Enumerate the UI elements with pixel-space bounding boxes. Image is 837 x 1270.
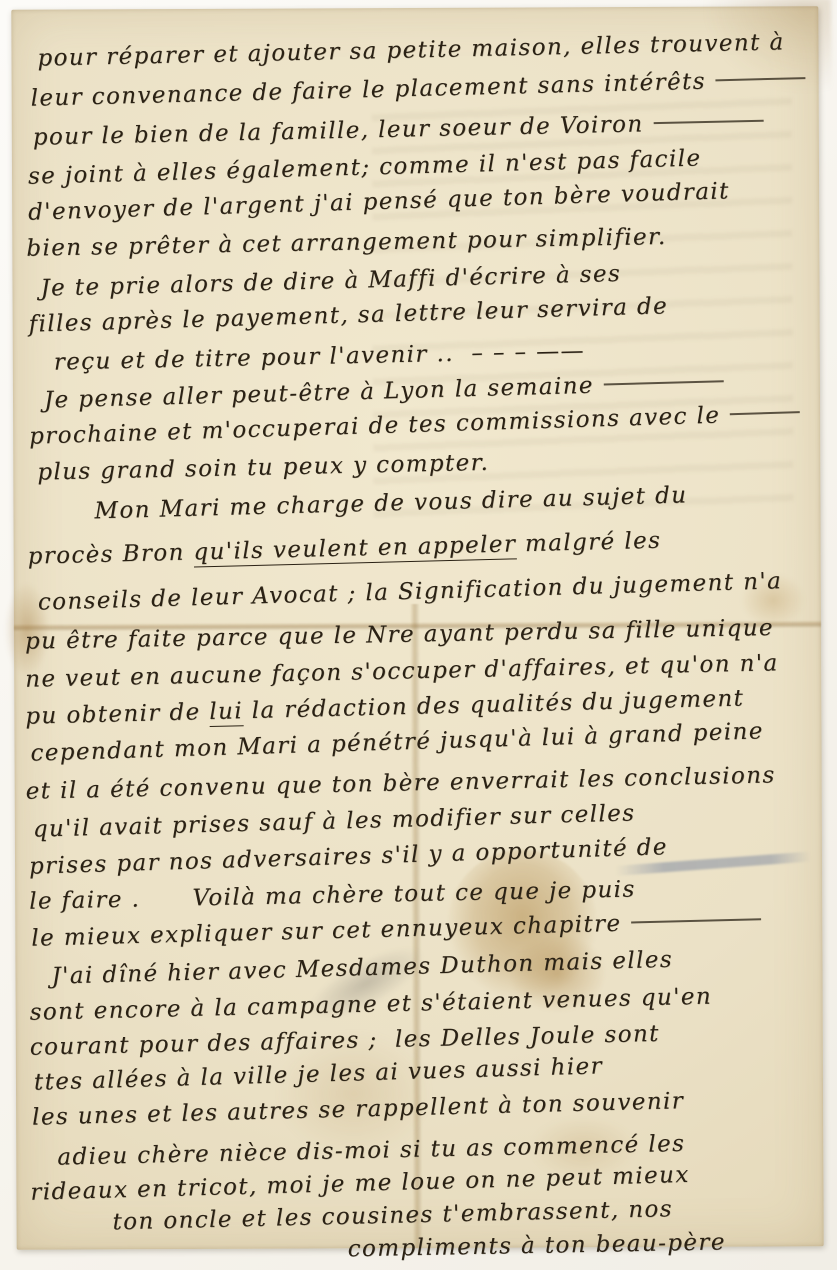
letter-page: pour réparer et ajouter sa petite maison… (11, 6, 823, 1250)
letter-line: reçu et de titre pour l'avenir .. – – – … (54, 336, 586, 378)
pen-flourish (653, 120, 763, 124)
letter-line: Mon Mari me charge de vous dire au sujet… (94, 480, 688, 526)
pen-flourish (604, 380, 724, 385)
letter-line: et il a été convenu que ton bère enverra… (25, 760, 776, 806)
pen-flourish (631, 918, 761, 923)
pen-flourish (716, 77, 806, 81)
letter-line: bien se prêter à cet arrangement pour si… (26, 222, 667, 264)
letter-line: plus grand soin tu peux y compter. (37, 448, 490, 488)
letter-line: leur convenance de faire le placement sa… (30, 64, 806, 114)
letter-line: procès Bron qu'ils veulent en appeler ma… (27, 526, 661, 572)
pen-flourish (730, 411, 800, 415)
